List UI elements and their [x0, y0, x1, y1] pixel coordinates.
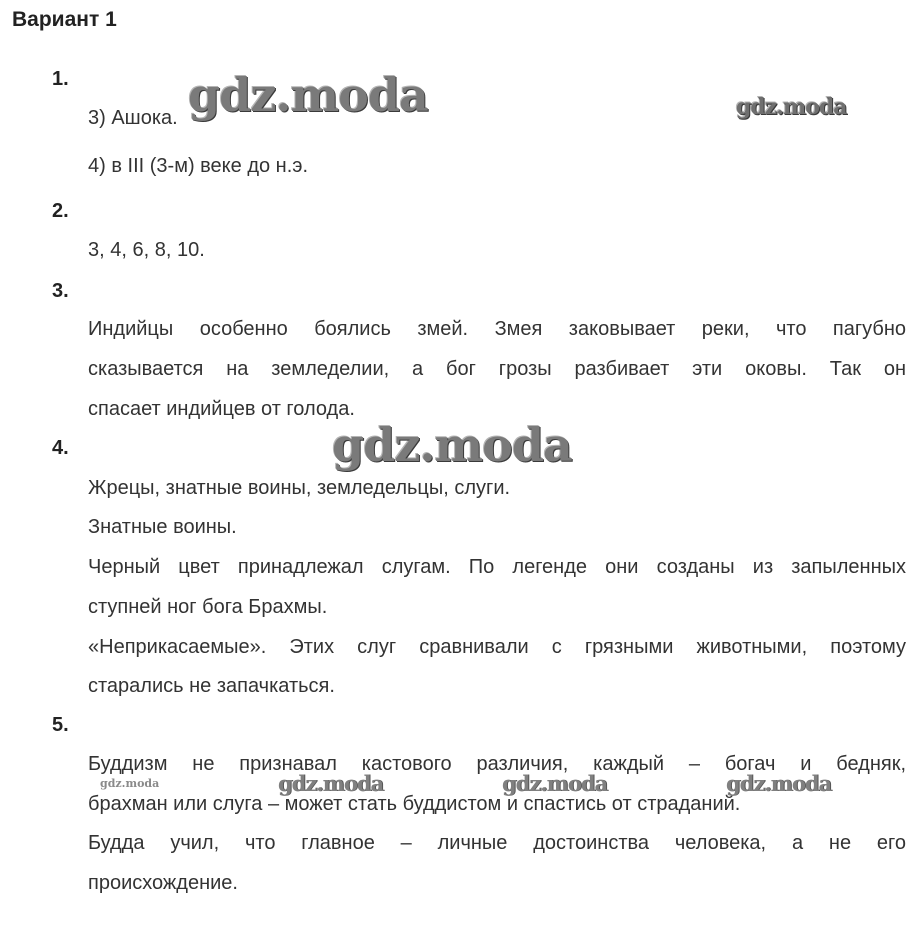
question-number-1: 1.	[52, 68, 69, 91]
answer-line: 4) в III (3-м) веке до н.э.	[88, 155, 308, 178]
watermark: gdz.moda	[502, 771, 607, 796]
answer-line: Индийцы особенно боялись змей. Змея зако…	[88, 318, 906, 341]
answer-line: ступней ног бога Брахмы.	[88, 596, 327, 619]
answer-line: старались не запачкаться.	[88, 675, 335, 698]
watermark: gdz.moda	[332, 418, 572, 472]
answer-line: происхождение.	[88, 872, 238, 895]
answer-line: спасает индийцев от голода.	[88, 398, 355, 421]
answer-line: Будда учил, что главное – личные достоин…	[88, 832, 906, 855]
answer-line: Черный цвет принадлежал слугам. По леген…	[88, 556, 906, 579]
question-number-3: 3.	[52, 280, 69, 303]
watermark: gdz.moda	[188, 68, 428, 122]
answer-line: 3, 4, 6, 8, 10.	[88, 239, 205, 262]
answer-line: «Неприкасаемые». Этих слуг сравнивали с …	[88, 636, 906, 659]
watermark: gdz.moda	[736, 94, 847, 120]
question-number-4: 4.	[52, 437, 69, 460]
answer-line: 3) Ашока.	[88, 107, 178, 130]
watermark: gdz.moda	[278, 771, 383, 796]
watermark: gdz.moda	[100, 777, 159, 790]
answer-line: Жрецы, знатные воины, земледельцы, слуги…	[88, 477, 510, 500]
answer-line: брахман или слуга – может стать буддисто…	[88, 793, 740, 816]
answer-line: сказывается на земледелии, а бог грозы р…	[88, 358, 906, 381]
question-number-2: 2.	[52, 200, 69, 223]
document-title: Вариант 1	[12, 8, 117, 32]
question-number-5: 5.	[52, 714, 69, 737]
answer-line: Знатные воины.	[88, 516, 237, 539]
watermark: gdz.moda	[726, 771, 831, 796]
